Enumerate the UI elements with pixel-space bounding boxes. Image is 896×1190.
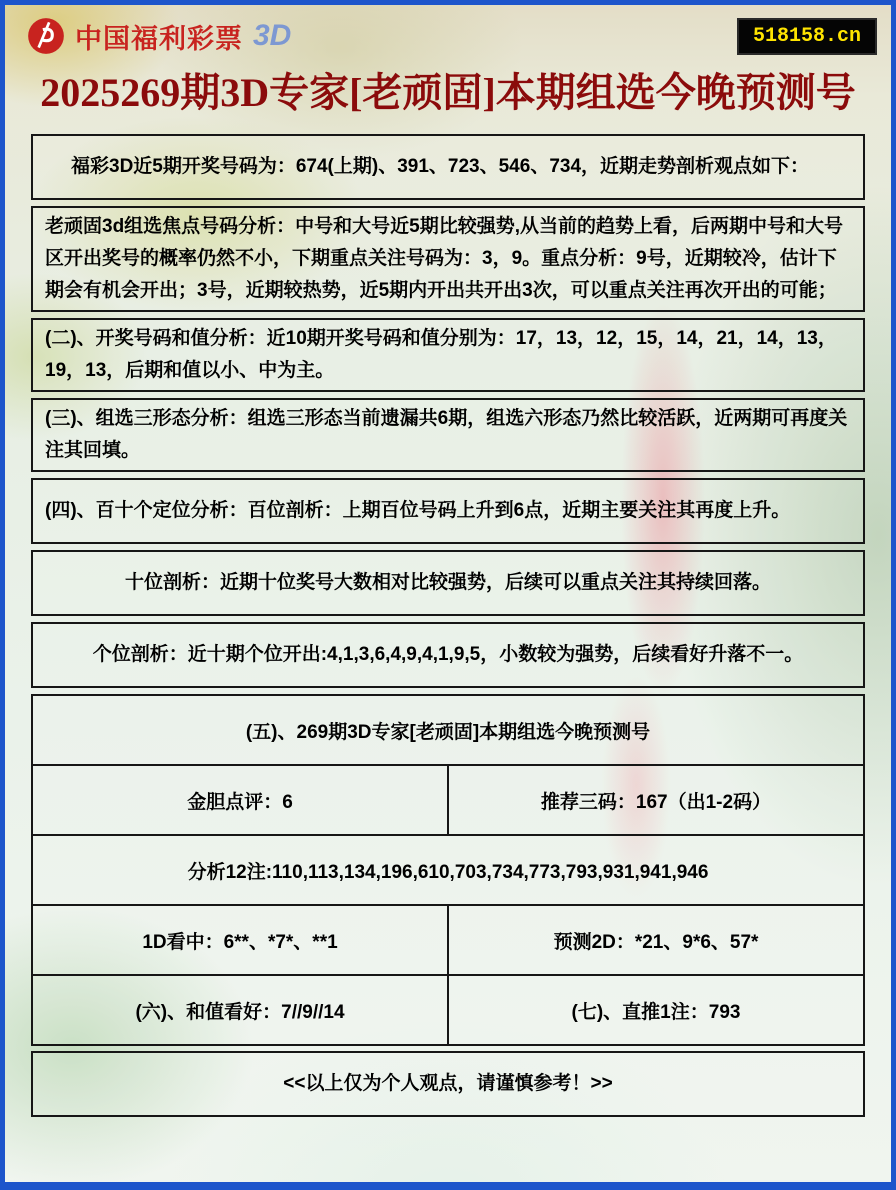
section-recent-draws: 福彩3D近5期开奖号码为：674(上期)、391、723、546、734，近期走…	[31, 134, 865, 200]
one-d-pick-cell: 1D看中：6**、*7*、**1	[33, 906, 449, 974]
prediction-table: (五)、269期3D专家[老顽固]本期组选今晚预测号 金胆点评：6 推荐三码：1…	[31, 694, 865, 1046]
analysis-12-picks-cell: 分析12注:110,113,134,196,610,703,734,773,79…	[33, 836, 863, 904]
page-title: 2025269期3D专家[老顽固]本期组选今晚预测号	[11, 71, 885, 114]
lottery-prediction-page: { "header": { "logo": { "icon": "cwl-emb…	[0, 0, 896, 1190]
disclaimer-note: <<以上仅为个人观点，请谨慎参考！>>	[31, 1051, 865, 1117]
section-focus-number-analysis: 老顽固3d组选焦点号码分析：中号和大号近5期比较强势,从当前的趋势上看，后两期中…	[31, 206, 865, 312]
three-code-cell: 推荐三码：167（出1-2码）	[449, 766, 863, 834]
brand-suffix-3d: 3D	[253, 19, 291, 53]
prediction-table-title: (五)、269期3D专家[老顽固]本期组选今晚预测号	[33, 696, 863, 764]
table-row-header: (五)、269期3D专家[老顽固]本期组选今晚预测号	[33, 696, 863, 766]
table-row-sum-direct: (六)、和值看好：7//9//14 (七)、直推1注：793	[33, 976, 863, 1044]
section-tens-analysis: 十位剖析：近期十位奖号大数相对比较强势，后续可以重点关注其持续回落。	[31, 550, 865, 616]
content-area: 福彩3D近5期开奖号码为：674(上期)、391、723、546、734，近期走…	[31, 134, 865, 1117]
site-url-badge[interactable]: 518158.cn	[737, 18, 877, 55]
gold-pick-cell: 金胆点评：6	[33, 766, 449, 834]
section-hundreds-analysis: (四)、百十个定位分析：百位剖析：上期百位号码上升到6点，近期主要关注其再度上升…	[31, 478, 865, 544]
section-group3-pattern-analysis: (三)、组选三形态分析：组选三形态当前遗漏共6期，组选六形态乃然比较活跃，近两期…	[31, 398, 865, 472]
two-d-forecast-cell: 预测2D：*21、9*6、57*	[449, 906, 863, 974]
section-sum-value-analysis: (二)、开奖号码和值分析：近10期开奖号码和值分别为：17，13，12，15，1…	[31, 318, 865, 392]
direct-pick-cell: (七)、直推1注：793	[449, 976, 863, 1044]
cwl-emblem-icon	[25, 15, 67, 57]
table-row-gold-pick: 金胆点评：6 推荐三码：167（出1-2码）	[33, 766, 863, 836]
table-row-12-picks: 分析12注:110,113,134,196,610,703,734,773,79…	[33, 836, 863, 906]
section-units-analysis: 个位剖析：近十期个位开出:4,1,3,6,4,9,4,1,9,5，小数较为强势，…	[31, 622, 865, 688]
sum-favorite-cell: (六)、和值看好：7//9//14	[33, 976, 449, 1044]
page-header: 中国福利彩票 3D 518158.cn	[5, 5, 891, 67]
table-row-1d-2d: 1D看中：6**、*7*、**1 预测2D：*21、9*6、57*	[33, 906, 863, 976]
brand-name: 中国福利彩票	[75, 17, 243, 56]
cwl-logo: 中国福利彩票 3D	[25, 15, 291, 57]
